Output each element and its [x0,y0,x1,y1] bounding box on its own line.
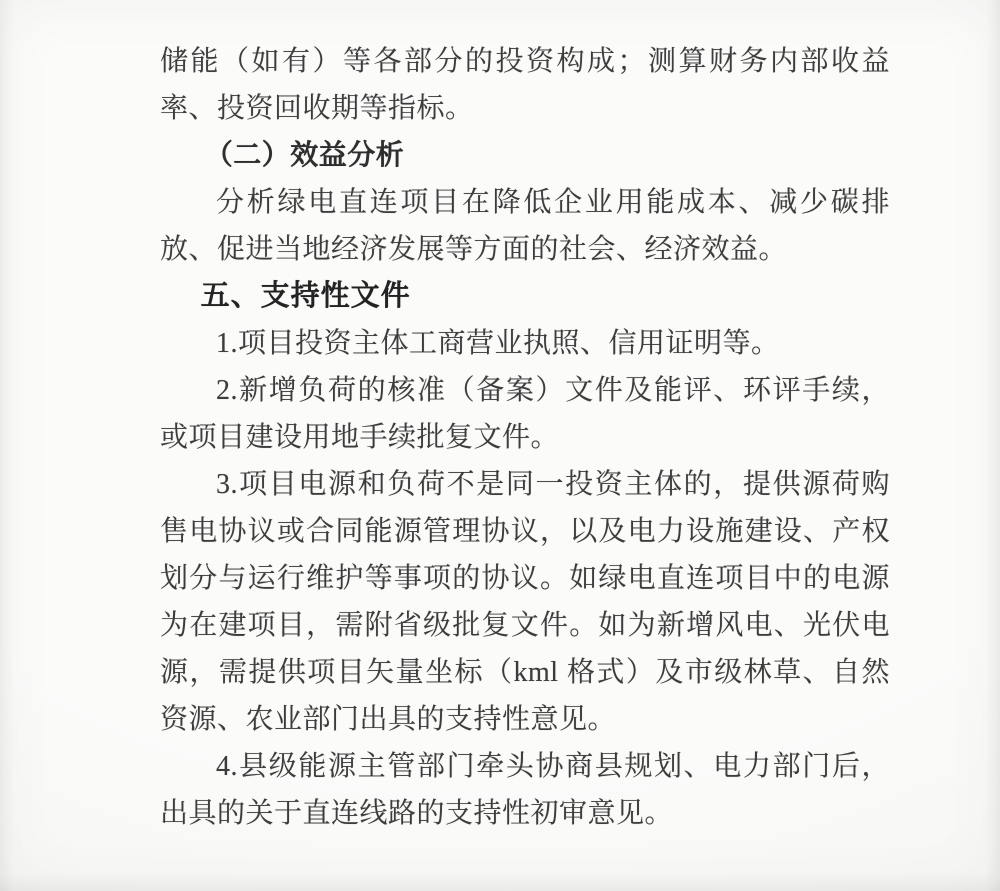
scan-shadow-bottom [0,873,1000,891]
item-new-load-approval: 2.新增负荷的核准（备案）文件及能评、环评手续，或项目建设用地手续批复文件。 [160,367,890,461]
para-investment-composition: 储能（如有）等各部分的投资构成；测算财务内部收益率、投资回收期等指标。 [160,38,890,132]
scan-shadow-right [986,0,1000,891]
heading-supporting-documents: 五、支持性文件 [160,273,890,320]
document-body: 储能（如有）等各部分的投资构成；测算财务内部收益率、投资回收期等指标。 （二）效… [160,38,890,837]
item-source-load-agreements: 3.项目电源和负荷不是同一投资主体的，提供源荷购售电协议或合同能源管理协议，以及… [160,461,890,743]
para-benefit-analysis-body: 分析绿电直连项目在降低企业用能成本、减少碳排放、促进当地经济发展等方面的社会、经… [160,179,890,273]
item-business-license: 1.项目投资主体工商营业执照、信用证明等。 [160,320,890,367]
heading-benefit-analysis: （二）效益分析 [160,132,890,179]
item-county-preliminary-review: 4.县级能源主管部门牵头协商县规划、电力部门后，出具的关于直连线路的支持性初审意… [160,743,890,837]
document-page: 储能（如有）等各部分的投资构成；测算财务内部收益率、投资回收期等指标。 （二）效… [0,0,1000,891]
scan-shadow-left [0,0,14,891]
